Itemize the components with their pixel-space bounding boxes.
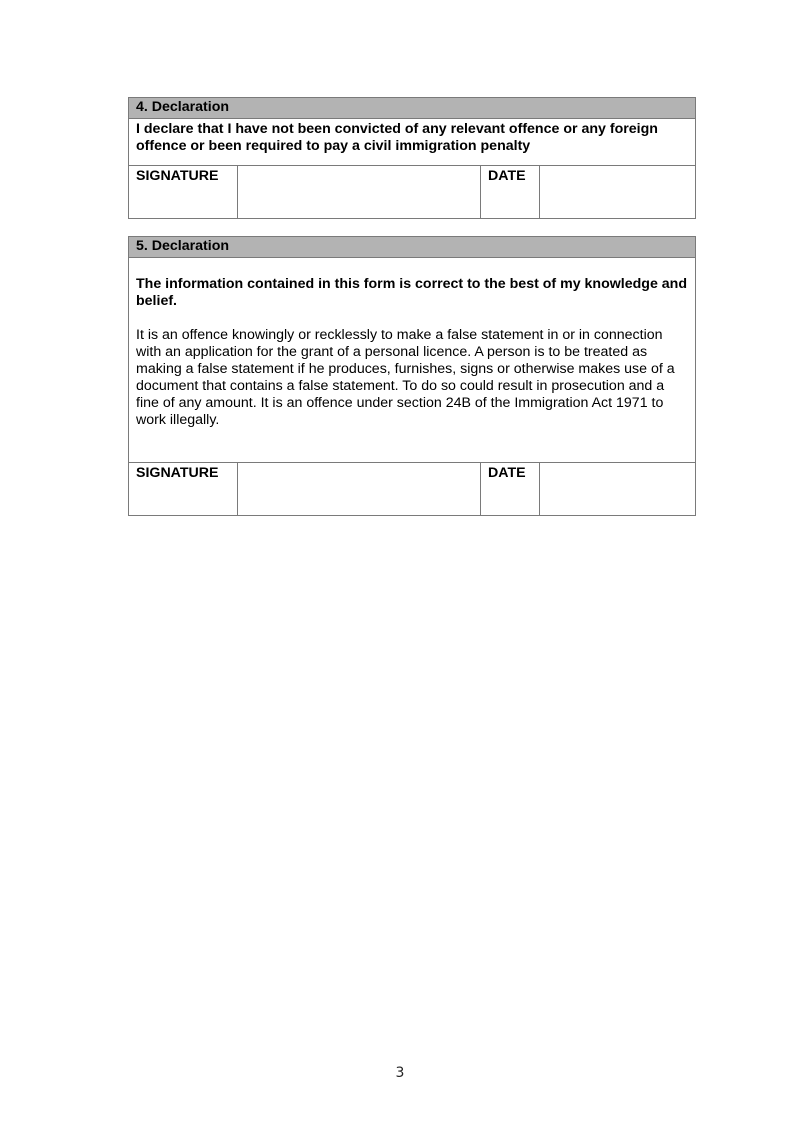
date-label: DATE bbox=[481, 463, 540, 516]
date-label: DATE bbox=[481, 166, 540, 219]
signature-field[interactable] bbox=[238, 166, 481, 219]
section-5-warning: It is an offence knowingly or recklessly… bbox=[136, 327, 688, 429]
section-4-title: 4. Declaration bbox=[129, 98, 696, 119]
section-4-statement: I declare that I have not been convicted… bbox=[129, 119, 696, 166]
signature-label: SIGNATURE bbox=[129, 463, 238, 516]
signature-field[interactable] bbox=[238, 463, 481, 516]
section-5-body: The information contained in this form i… bbox=[129, 258, 696, 463]
declaration-4-table: 4. Declaration I declare that I have not… bbox=[128, 97, 696, 219]
signature-label: SIGNATURE bbox=[129, 166, 238, 219]
section-5-lead: The information contained in this form i… bbox=[136, 276, 688, 310]
date-field[interactable] bbox=[540, 463, 696, 516]
page-number: 3 bbox=[0, 1065, 800, 1081]
date-field[interactable] bbox=[540, 166, 696, 219]
declaration-5-table: 5. Declaration The information contained… bbox=[128, 236, 696, 516]
section-5-title: 5. Declaration bbox=[129, 237, 696, 258]
